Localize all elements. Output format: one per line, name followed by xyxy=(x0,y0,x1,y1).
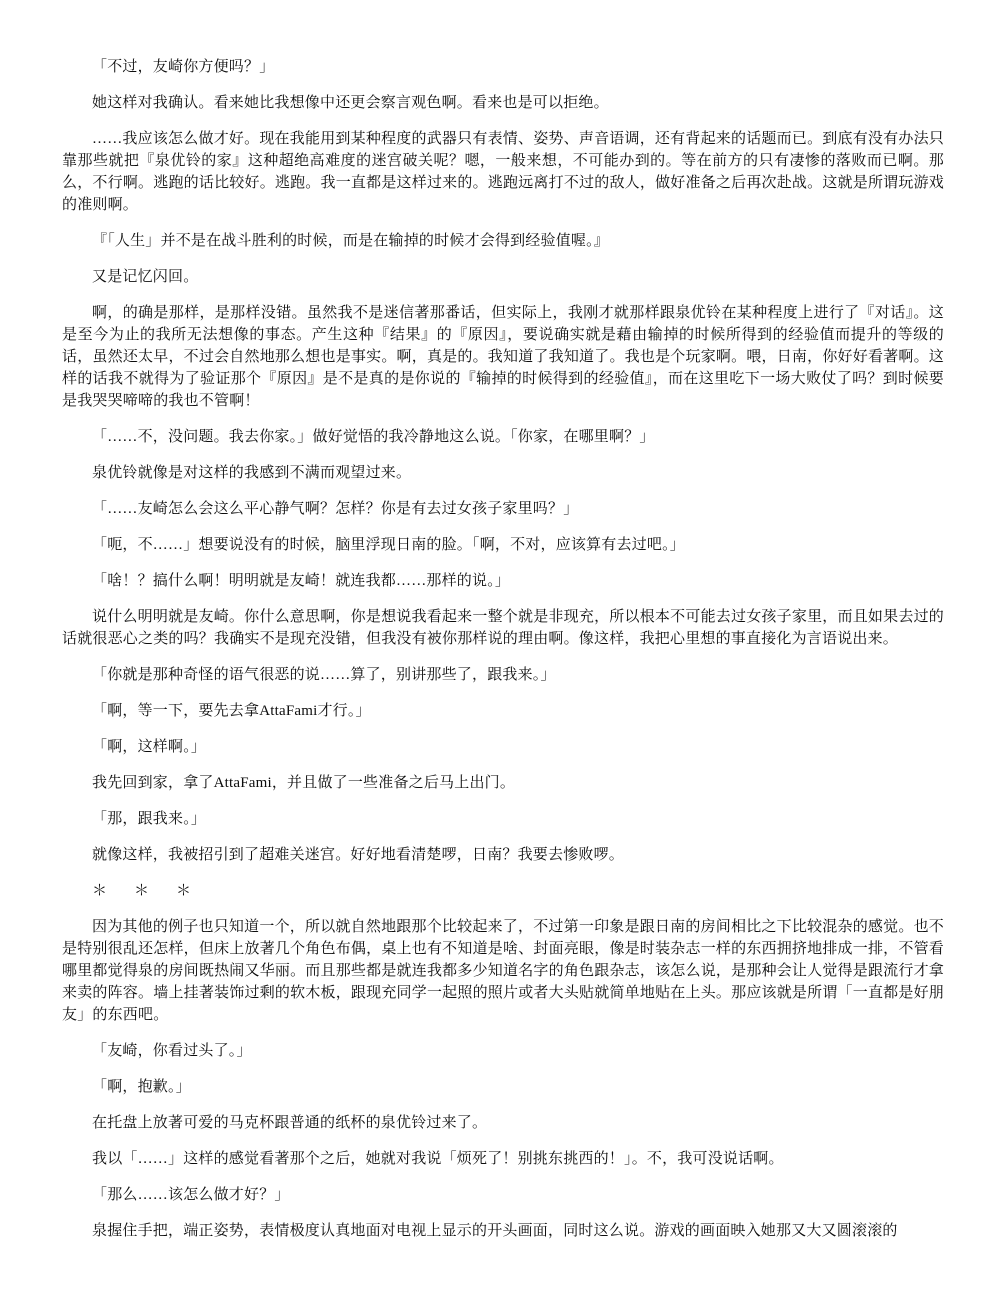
paragraph: 「啥！？搞什么啊！明明就是友崎！就连我都……那样的说。」 xyxy=(62,570,944,592)
novel-page: 「不过，友崎你方便吗？」她这样对我确认。看来她比我想像中还更会察言观色啊。看来也… xyxy=(0,0,1000,1294)
paragraph: 我以「……」这样的感觉看著那个之后，她就对我说「烦死了！别挑东挑西的！」。不，我… xyxy=(62,1148,944,1170)
paragraph: 泉优铃就像是对这样的我感到不满而观望过来。 xyxy=(62,462,944,484)
paragraph: 『「人生」并不是在战斗胜利的时候，而是在输掉的时候才会得到经验值喔。』 xyxy=(62,230,944,252)
paragraph: 「啊，抱歉。」 xyxy=(62,1076,944,1098)
paragraph: 就像这样，我被招引到了超难关迷宫。好好地看清楚啰，日南？我要去惨败啰。 xyxy=(62,844,944,866)
paragraph: 我先回到家，拿了AttaFami，并且做了一些准备之后马上出门。 xyxy=(62,772,944,794)
paragraph: 「那，跟我来。」 xyxy=(62,808,944,830)
paragraph: 泉握住手把，端正姿势，表情极度认真地面对电视上显示的开头画面，同时这么说。游戏的… xyxy=(62,1220,944,1242)
paragraph: 「那么……该怎么做才好？」 xyxy=(62,1184,944,1206)
paragraph: 「友崎，你看过头了。」 xyxy=(62,1040,944,1062)
page-text: 「不过，友崎你方便吗？」她这样对我确认。看来她比我想像中还更会察言观色啊。看来也… xyxy=(62,56,944,1242)
paragraph: 又是记忆闪回。 xyxy=(62,266,944,288)
paragraph: 啊，的确是那样，是那样没错。虽然我不是迷信著那番话，但实际上，我刚才就那样跟泉优… xyxy=(62,302,944,412)
paragraph: 「啊，这样啊。」 xyxy=(62,736,944,758)
paragraph: 「啊，等一下，要先去拿AttaFami才行。」 xyxy=(62,700,944,722)
paragraph: 说什么明明就是友崎。你什么意思啊，你是想说我看起来一整个就是非现充，所以根本不可… xyxy=(62,606,944,650)
paragraph: ……我应该怎么做才好。现在我能用到某种程度的武器只有表情、姿势、声音语调，还有背… xyxy=(62,128,944,216)
paragraph: 「呃，不……」想要说没有的时候，脑里浮现日南的脸。「啊，不对，应该算有去过吧。」 xyxy=(62,534,944,556)
paragraph: 因为其他的例子也只知道一个，所以就自然地跟那个比较起来了，不过第一印象是跟日南的… xyxy=(62,916,944,1026)
section-separator: ＊ ＊ ＊ xyxy=(62,880,944,902)
paragraph: 「不过，友崎你方便吗？」 xyxy=(62,56,944,78)
paragraph: 「你就是那种奇怪的语气很恶的说……算了，别讲那些了，跟我来。」 xyxy=(62,664,944,686)
paragraph: 「……友崎怎么会这么平心静气啊？怎样？你是有去过女孩子家里吗？」 xyxy=(62,498,944,520)
paragraph: 她这样对我确认。看来她比我想像中还更会察言观色啊。看来也是可以拒绝。 xyxy=(62,92,944,114)
paragraph: 「……不，没问题。我去你家。」做好觉悟的我冷静地这么说。「你家，在哪里啊？」 xyxy=(62,426,944,448)
paragraph: 在托盘上放著可爱的马克杯跟普通的纸杯的泉优铃过来了。 xyxy=(62,1112,944,1134)
